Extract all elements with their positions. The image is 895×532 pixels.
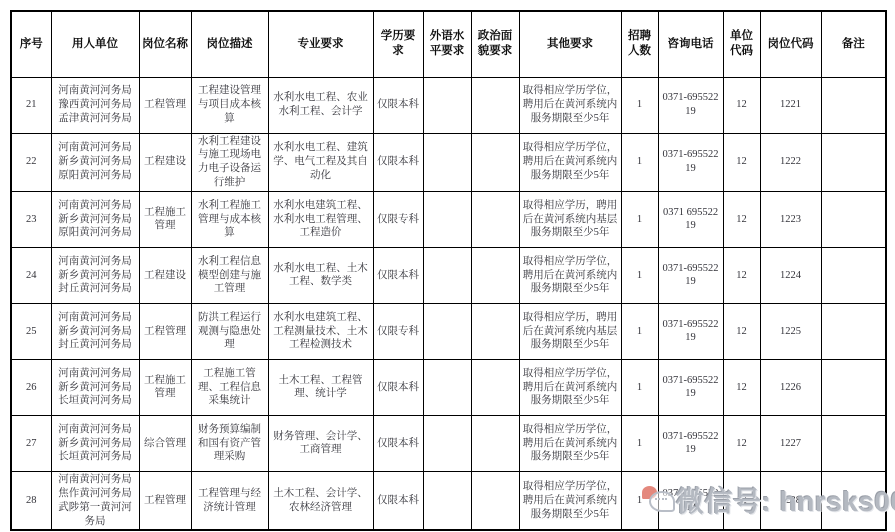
cell: 取得相应学历，聘用后在黄河系统内基层服务期限至少5年	[519, 303, 621, 359]
cell: 12	[723, 191, 760, 247]
cell	[821, 415, 886, 471]
cell: 0371-69552219	[658, 303, 723, 359]
cell	[471, 471, 519, 530]
cell: 1	[621, 415, 658, 471]
table-row: 21河南黄河河务局豫西黄河河务局孟津黄河河务局工程管理工程建设管理与项目成本核算…	[11, 77, 886, 133]
cell: 1	[621, 359, 658, 415]
cell	[423, 471, 471, 530]
cell: 河南黄河河务局豫西黄河河务局孟津黄河河务局	[51, 77, 139, 133]
cell	[821, 303, 886, 359]
cell: 24	[11, 247, 51, 303]
cell	[471, 247, 519, 303]
cell	[423, 133, 471, 191]
cell: 12	[723, 359, 760, 415]
cell: 12	[723, 471, 760, 530]
cell: 河南黄河河务局新乡黄河河务局封丘黄河河务局	[51, 303, 139, 359]
cell: 水利水电建筑工程、水利水电工程管理、工程造价	[268, 191, 373, 247]
cell: 1225	[760, 303, 821, 359]
cell: 仅限本科	[373, 359, 423, 415]
cell: 工程建设	[139, 247, 191, 303]
cell: 1222	[760, 133, 821, 191]
table-row: 22河南黄河河务局新乡黄河河务局原阳黄河河务局工程建设水利工程建设与施工现场电力…	[11, 133, 886, 191]
cell: 河南黄河河务局新乡黄河河务局长垣黄河河务局	[51, 415, 139, 471]
cell: 工程管理与经济统计管理	[191, 471, 268, 530]
cell	[821, 77, 886, 133]
cell: 水利水电工程、土木工程、数学类	[268, 247, 373, 303]
column-header: 外语水平要求	[423, 11, 471, 77]
cell: 0371-69552219	[658, 415, 723, 471]
cell: 25	[11, 303, 51, 359]
cell	[821, 247, 886, 303]
cell: 取得相应学历学位，聘用后在黄河系统内服务期限至少5年	[519, 359, 621, 415]
cell: 取得相应学历学位，聘用后在黄河系统内服务期限至少5年	[519, 133, 621, 191]
cell: 0371-69552219	[658, 247, 723, 303]
table-row: 26河南黄河河务局新乡黄河河务局长垣黄河河务局工程施工管理工程施工管理、工程信息…	[11, 359, 886, 415]
cell: 取得相应学历学位，聘用后在黄河系统内服务期限至少5年	[519, 415, 621, 471]
cell	[423, 359, 471, 415]
cell: 12	[723, 133, 760, 191]
cell: 28	[11, 471, 51, 530]
column-header: 咨询电话	[658, 11, 723, 77]
column-header: 岗位描述	[191, 11, 268, 77]
cell	[471, 415, 519, 471]
recruitment-table-sheet: 序号用人单位岗位名称岗位描述专业要求学历要求外语水平要求政治面貌要求其他要求招聘…	[10, 10, 887, 531]
cell: 水利水电建筑工程、工程测量技术、土木工程检测技术	[268, 303, 373, 359]
cell: 仅限专科	[373, 303, 423, 359]
cell: 河南黄河河务局焦作黄河河务局武陟第一黄河河务局	[51, 471, 139, 530]
cell	[423, 77, 471, 133]
cell: 工程建设管理与项目成本核算	[191, 77, 268, 133]
column-header: 岗位名称	[139, 11, 191, 77]
column-header: 学历要求	[373, 11, 423, 77]
cell: 仅限本科	[373, 415, 423, 471]
cell: 财务预算编制和国有资产管理采购	[191, 415, 268, 471]
cell: 防洪工程运行观测与隐患处理	[191, 303, 268, 359]
cell: 河南黄河河务局新乡黄河河务局原阳黄河河务局	[51, 191, 139, 247]
cell: 1	[621, 247, 658, 303]
recruitment-positions-table: 序号用人单位岗位名称岗位描述专业要求学历要求外语水平要求政治面貌要求其他要求招聘…	[10, 10, 887, 531]
column-header: 岗位代码	[760, 11, 821, 77]
table-row: 25河南黄河河务局新乡黄河河务局封丘黄河河务局工程管理防洪工程运行观测与隐患处理…	[11, 303, 886, 359]
cell: 河南黄河河务局新乡黄河河务局原阳黄河河务局	[51, 133, 139, 191]
cell: 1	[621, 191, 658, 247]
cell: 工程施工管理	[139, 359, 191, 415]
cell: 取得相应学历学位，聘用后在黄河系统内服务期限至少5年	[519, 77, 621, 133]
column-header: 专业要求	[268, 11, 373, 77]
cell	[423, 191, 471, 247]
column-header: 序号	[11, 11, 51, 77]
cell: 0371-69552219	[658, 471, 723, 530]
cell: 27	[11, 415, 51, 471]
cell	[821, 359, 886, 415]
cell: 工程管理	[139, 303, 191, 359]
cell: 土木工程、工程管理、统计学	[268, 359, 373, 415]
cell	[821, 191, 886, 247]
cell: 1228	[760, 471, 821, 530]
cell	[471, 77, 519, 133]
cell	[821, 133, 886, 191]
cell: 1221	[760, 77, 821, 133]
table-row: 24河南黄河河务局新乡黄河河务局封丘黄河河务局工程建设水利工程信息模型创建与施工…	[11, 247, 886, 303]
cell: 1	[621, 303, 658, 359]
cell: 21	[11, 77, 51, 133]
column-header: 备注	[821, 11, 886, 77]
column-header: 其他要求	[519, 11, 621, 77]
cell	[423, 247, 471, 303]
cell: 0371 69552219	[658, 191, 723, 247]
column-header: 用人单位	[51, 11, 139, 77]
cell: 工程管理	[139, 77, 191, 133]
cell	[423, 415, 471, 471]
cell: 水利水电工程、建筑学、电气工程及其自动化	[268, 133, 373, 191]
cell	[471, 133, 519, 191]
cell: 12	[723, 415, 760, 471]
cell: 取得相应学历学位，聘用后在黄河系统内服务期限至少5年	[519, 471, 621, 530]
cell	[423, 303, 471, 359]
cell: 取得相应学历学位，聘用后在黄河系统内服务期限至少5年	[519, 247, 621, 303]
cell: 水利工程建设与施工现场电力电子设备运行维护	[191, 133, 268, 191]
cell: 仅限专科	[373, 191, 423, 247]
column-header: 单位代码	[723, 11, 760, 77]
cell: 22	[11, 133, 51, 191]
cell	[821, 471, 886, 530]
cell: 水利水电工程、农业水利工程、会计学	[268, 77, 373, 133]
cell: 水利工程施工管理与成本核算	[191, 191, 268, 247]
cell: 河南黄河河务局新乡黄河河务局封丘黄河河务局	[51, 247, 139, 303]
table-row: 28河南黄河河务局焦作黄河河务局武陟第一黄河河务局工程管理工程管理与经济统计管理…	[11, 471, 886, 530]
cell: 0371-69552219	[658, 77, 723, 133]
cell: 工程管理	[139, 471, 191, 530]
cell: 0371-69552219	[658, 359, 723, 415]
cell: 1	[621, 471, 658, 530]
cell: 12	[723, 247, 760, 303]
cell: 财务管理、会计学、工商管理	[268, 415, 373, 471]
cell	[471, 359, 519, 415]
cell: 23	[11, 191, 51, 247]
cell: 1224	[760, 247, 821, 303]
cell: 仅限本科	[373, 471, 423, 530]
cell: 水利工程信息模型创建与施工管理	[191, 247, 268, 303]
cell: 1226	[760, 359, 821, 415]
cell: 仅限本科	[373, 133, 423, 191]
column-header: 政治面貌要求	[471, 11, 519, 77]
cell: 土木工程、会计学、农林经济管理	[268, 471, 373, 530]
cell: 0371-69552219	[658, 133, 723, 191]
cell: 12	[723, 77, 760, 133]
cell: 综合管理	[139, 415, 191, 471]
cell: 工程施工管理	[139, 191, 191, 247]
cell: 1	[621, 77, 658, 133]
table-row: 27河南黄河河务局新乡黄河河务局长垣黄河河务局综合管理财务预算编制和国有资产管理…	[11, 415, 886, 471]
table-header-row: 序号用人单位岗位名称岗位描述专业要求学历要求外语水平要求政治面貌要求其他要求招聘…	[11, 11, 886, 77]
cell: 12	[723, 303, 760, 359]
cell: 工程建设	[139, 133, 191, 191]
cell	[471, 191, 519, 247]
column-header: 招聘人数	[621, 11, 658, 77]
cell: 1223	[760, 191, 821, 247]
cell: 1	[621, 133, 658, 191]
cell	[471, 303, 519, 359]
table-row: 23河南黄河河务局新乡黄河河务局原阳黄河河务局工程施工管理水利工程施工管理与成本…	[11, 191, 886, 247]
cell: 取得相应学历，聘用后在黄河系统内基层服务期限至少5年	[519, 191, 621, 247]
cell: 工程施工管理、工程信息采集统计	[191, 359, 268, 415]
cell: 1227	[760, 415, 821, 471]
cell: 仅限本科	[373, 77, 423, 133]
cell: 河南黄河河务局新乡黄河河务局长垣黄河河务局	[51, 359, 139, 415]
cell: 仅限本科	[373, 247, 423, 303]
cell: 26	[11, 359, 51, 415]
